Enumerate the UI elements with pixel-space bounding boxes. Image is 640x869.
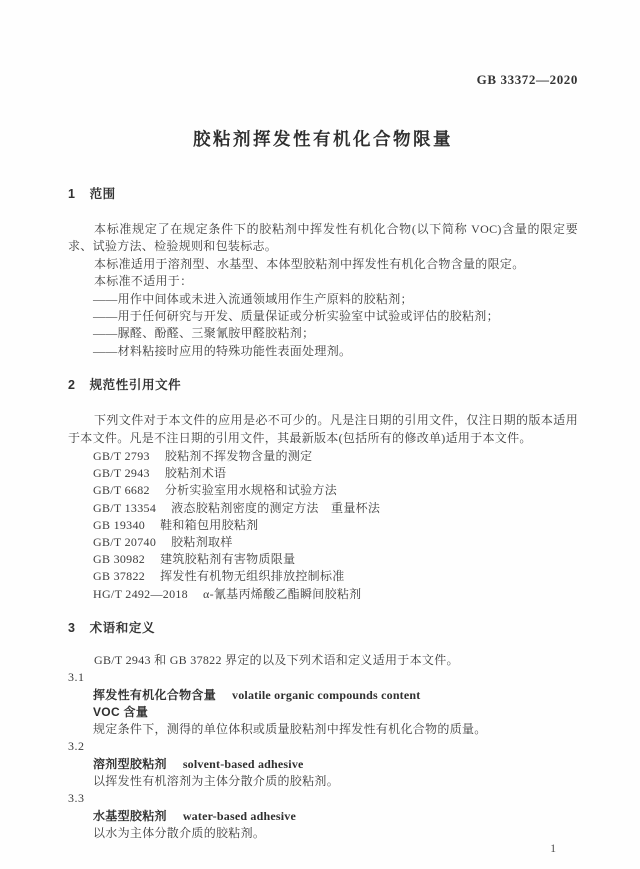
document-title: 胶粘剂挥发性有机化合物限量: [68, 128, 578, 150]
term-entry: 水基型胶粘剂water-based adhesive: [68, 808, 578, 825]
document-page: GB 33372—2020 胶粘剂挥发性有机化合物限量 1范围 本标准规定了在规…: [0, 0, 640, 869]
paragraph: GB/T 2943 和 GB 37822 界定的以及下列术语和定义适用于本文件。: [68, 652, 578, 669]
section-3-number: 3: [68, 621, 76, 635]
term-definition: 规定条件下，测得的单位体积或质量胶粘剂中挥发性有机化合物的质量。: [68, 721, 578, 738]
term-name-en: solvent-based adhesive: [183, 757, 304, 771]
reference-item: GB/T 2793胶粘剂不挥发物含量的测定: [68, 448, 578, 465]
term-number: 3.2: [68, 738, 578, 755]
dash-list-item: ——用作中间体或未进入流通领域用作生产原料的胶粘剂；: [68, 291, 578, 308]
section-3-body: GB/T 2943 和 GB 37822 界定的以及下列术语和定义适用于本文件。…: [68, 652, 578, 842]
term-name-en: water-based adhesive: [183, 809, 296, 823]
reference-item: GB 19340鞋和箱包用胶粘剂: [68, 517, 578, 534]
reference-item: GB 37822挥发性有机物无组织排放控制标准: [68, 568, 578, 585]
paragraph: 本标准适用于溶剂型、水基型、本体型胶粘剂中挥发性有机化合物含量的限定。: [68, 256, 578, 273]
section-1-heading: 1范围: [68, 186, 578, 202]
term-entry: 溶剂型胶粘剂solvent-based adhesive: [68, 756, 578, 773]
reference-code: GB/T 6682: [93, 483, 150, 497]
reference-title: 胶粘剂不挥发物含量的测定: [165, 449, 313, 463]
section-1-number: 1: [68, 187, 76, 201]
term-name-zh: 水基型胶粘剂: [93, 809, 167, 823]
section-3-heading: 3术语和定义: [68, 620, 578, 636]
term-number: 3.1: [68, 669, 578, 686]
reference-item: GB/T 2943胶粘剂术语: [68, 465, 578, 482]
reference-title: 胶粘剂取样: [171, 535, 233, 549]
reference-title: 挥发性有机物无组织排放控制标准: [160, 569, 345, 583]
term-name-zh: 溶剂型胶粘剂: [93, 757, 167, 771]
term-name-en: volatile organic compounds content: [232, 688, 420, 702]
section-1-body: 本标准规定了在规定条件下的胶粘剂中挥发性有机化合物(以下简称 VOC)含量的限定…: [68, 221, 578, 360]
reference-code: HG/T 2492—2018: [93, 587, 188, 601]
dash-list-item: ——用于任何研究与开发、质量保证或分析实验室中试验或评估的胶粘剂；: [68, 308, 578, 325]
reference-title: α-氰基丙烯酸乙酯瞬间胶粘剂: [203, 587, 361, 601]
section-2-body: 下列文件对于本文件的应用是必不可少的。凡是注日期的引用文件，仅注日期的版本适用于…: [68, 412, 578, 603]
reference-title: 建筑胶粘剂有害物质限量: [160, 552, 295, 566]
reference-item: GB/T 13354液态胶粘剂密度的测定方法 重量杯法: [68, 500, 578, 517]
section-2-heading: 2规范性引用文件: [68, 377, 578, 393]
reference-title: 鞋和箱包用胶粘剂: [160, 518, 258, 532]
term-entry: 挥发性有机化合物含量volatile organic compounds con…: [68, 687, 578, 704]
reference-item: GB/T 20740胶粘剂取样: [68, 534, 578, 551]
reference-item: HG/T 2492—2018α-氰基丙烯酸乙酯瞬间胶粘剂: [68, 586, 578, 603]
reference-code: GB/T 20740: [93, 535, 156, 549]
paragraph: 本标准不适用于：: [68, 273, 578, 290]
reference-code: GB 37822: [93, 569, 145, 583]
paragraph: 下列文件对于本文件的应用是必不可少的。凡是注日期的引用文件，仅注日期的版本适用于…: [68, 412, 578, 447]
section-3-title: 术语和定义: [90, 621, 156, 635]
reference-code: GB 30982: [93, 552, 145, 566]
reference-title: 胶粘剂术语: [165, 466, 227, 480]
reference-code: GB/T 2943: [93, 466, 150, 480]
page-number: 1: [68, 842, 578, 856]
section-1-title: 范围: [90, 187, 116, 201]
paragraph: 本标准规定了在规定条件下的胶粘剂中挥发性有机化合物(以下简称 VOC)含量的限定…: [68, 221, 578, 256]
term-definition: 以挥发性有机溶剂为主体分散介质的胶粘剂。: [68, 773, 578, 790]
reference-code: GB/T 13354: [93, 501, 156, 515]
dash-list-item: ——材料粘接时应用的特殊功能性表面处理剂。: [68, 343, 578, 360]
normative-reference-list: GB/T 2793胶粘剂不挥发物含量的测定 GB/T 2943胶粘剂术语 GB/…: [68, 448, 578, 603]
reference-code: GB 19340: [93, 518, 145, 532]
reference-title: 分析实验室用水规格和试验方法: [165, 483, 337, 497]
standard-number: GB 33372—2020: [68, 72, 578, 87]
term-number: 3.3: [68, 790, 578, 807]
reference-title: 液态胶粘剂密度的测定方法 重量杯法: [171, 501, 380, 515]
reference-item: GB 30982建筑胶粘剂有害物质限量: [68, 551, 578, 568]
dash-list-item: ——脲醛、酚醛、三聚氰胺甲醛胶粘剂；: [68, 325, 578, 342]
term-definition: 以水为主体分散介质的胶粘剂。: [68, 825, 578, 842]
section-2-number: 2: [68, 378, 76, 392]
term-alias: VOC 含量: [68, 704, 578, 721]
reference-code: GB/T 2793: [93, 449, 150, 463]
term-name-zh: 挥发性有机化合物含量: [93, 688, 216, 702]
section-2-title: 规范性引用文件: [90, 378, 182, 392]
reference-item: GB/T 6682分析实验室用水规格和试验方法: [68, 482, 578, 499]
